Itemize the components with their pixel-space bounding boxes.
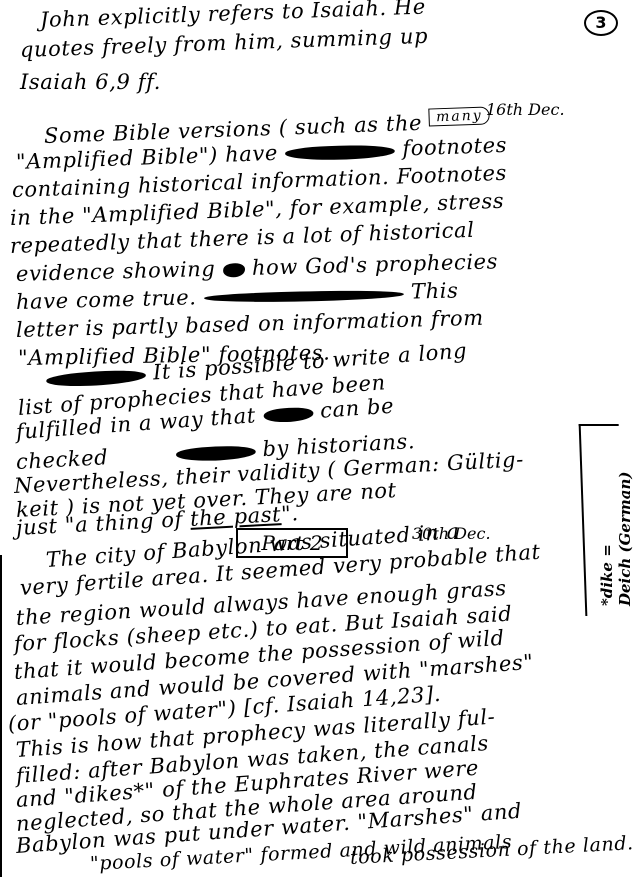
line-text: can be [319,394,394,423]
crossed-out-scribble [284,143,397,161]
line-text: ". [280,501,299,526]
crossed-out-scribble [45,367,148,388]
margin-note-line: *dike = [598,472,616,606]
date-annotation: 16th Dec. [486,100,565,119]
crossed-out-scribble [262,406,315,424]
line-text: footnotes [402,133,507,161]
crossed-out-scribble [221,262,246,277]
crossed-out-scribble [174,444,257,462]
margin-note-line: Deich (German) [616,472,634,606]
line-text: evidence showing [16,257,216,286]
underlined-text: the past [190,502,282,531]
line-text: have come true. [16,285,197,314]
inserted-word-box: many [429,106,490,126]
crossed-out-scribble [203,288,405,303]
handwritten-letter-page: 3 John explicitly refers to Isaiah. He q… [0,0,638,877]
line-text: This [411,278,459,303]
scan-edge-line [0,555,2,877]
page-number-circled: 3 [584,10,618,36]
opening-line: Isaiah 6,9 ff. [20,70,161,94]
margin-note: *dike = Deich (German) [598,472,634,606]
line-text: how God's prophecies [252,249,499,279]
